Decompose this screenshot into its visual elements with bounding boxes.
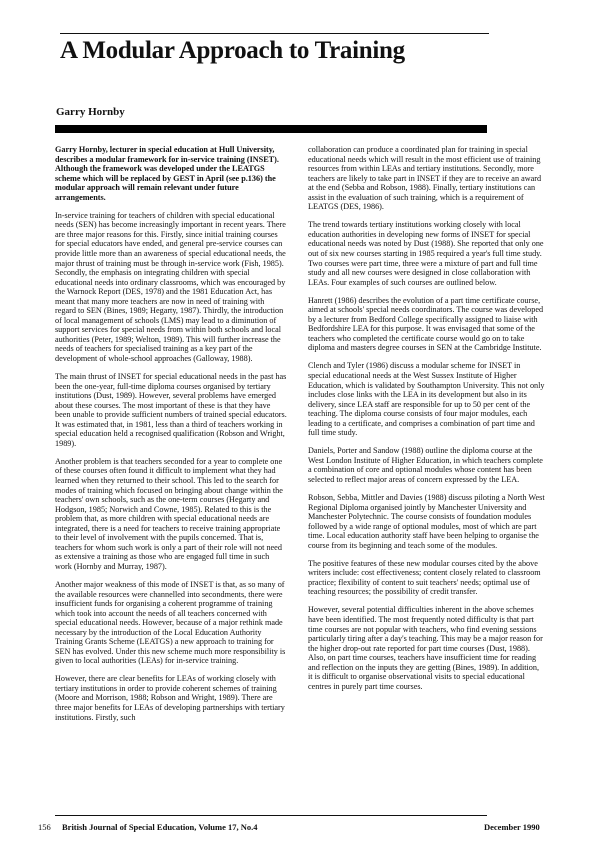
journal-citation: British Journal of Special Education, Vo… [62,822,258,832]
left-column: Garry Hornby, lecturer in special educat… [55,145,287,731]
top-rule [60,33,489,34]
paragraph: The main thrust of INSET for special edu… [55,372,287,448]
article-title: A Modular Approach to Training [60,36,405,66]
thick-divider [55,125,487,133]
bottom-rule [55,815,487,816]
paragraph: The trend towards tertiary institutions … [308,220,545,287]
paragraph: Clench and Tyler (1986) discuss a modula… [308,361,545,437]
right-column: collaboration can produce a coordinated … [308,145,545,700]
page-number: 156 [38,822,51,832]
issue-date: December 1990 [484,822,540,832]
paragraph: collaboration can produce a coordinated … [308,145,545,212]
paragraph: In-service training for teachers of chil… [55,211,287,364]
journal-page: A Modular Approach to Training Garry Hor… [0,0,594,848]
paragraph: The positive features of these new modul… [308,559,545,597]
abstract: Garry Hornby, lecturer in special educat… [55,145,287,202]
paragraph: Robson, Sebba, Mittler and Davies (1988)… [308,493,545,550]
paragraph: Hanrett (1986) describes the evolution o… [308,296,545,353]
paragraph: However, there are clear benefits for LE… [55,674,287,722]
paragraph: Another major weakness of this mode of I… [55,580,287,666]
paragraph: Another problem is that teachers seconde… [55,457,287,572]
paragraph: Daniels, Porter and Sandow (1988) outlin… [308,446,545,484]
author-name: Garry Hornby [56,106,125,118]
paragraph: However, several potential difficulties … [308,605,545,691]
